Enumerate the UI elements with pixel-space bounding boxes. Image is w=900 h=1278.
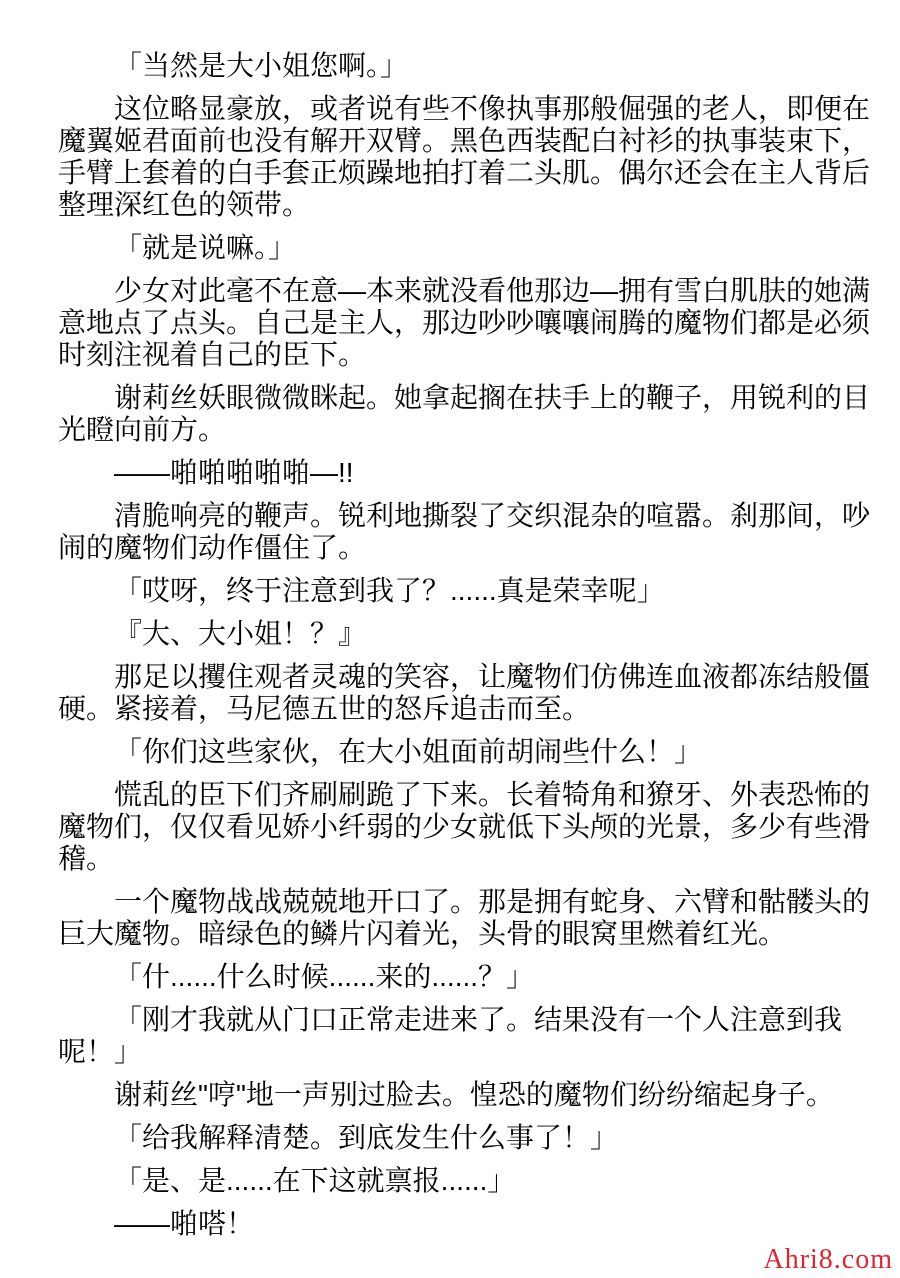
dialogue-line: 「什......什么时候......来的......？」 [58,961,884,993]
sound-effect-line: ——啪啪啪啪啪—!! [58,457,884,489]
narration-paragraph: 慌乱的臣下们齐刷刷跪了下来。长着犄角和獠牙、外表恐怖的魔物们，仅仅看见娇小纤弱的… [58,779,884,875]
novel-page: 「当然是大小姐您啊。」 这位略显豪放，或者说有些不像执事那般倔强的老人，即便在魔… [0,0,900,1278]
dialogue-line: 「你们这些家伙，在大小姐面前胡闹些什么！」 [58,736,884,768]
narration-paragraph: 谢莉丝"哼"地一声别过脸去。惶恐的魔物们纷纷缩起身子。 [58,1079,884,1111]
dialogue-line: 「是、是......在下这就禀报......」 [58,1165,884,1197]
narration-paragraph: 那足以攫住观者灵魂的笑容，让魔物们仿佛连血液都冻结般僵硬。紧接着，马尼德五世的怒… [58,661,884,725]
dialogue-line: 「当然是大小姐您啊。」 [58,50,884,82]
site-watermark: Ahri8.com [763,1246,893,1274]
dialogue-line: 「就是说嘛。」 [58,232,884,264]
narration-paragraph: 这位略显豪放，或者说有些不像执事那般倔强的老人，即便在魔翼姬君面前也没有解开双臂… [58,93,884,221]
dialogue-line: 『大、大小姐！？』 [58,618,884,650]
narration-paragraph: 谢莉丝妖眼微微眯起。她拿起搁在扶手上的鞭子，用锐利的目光瞪向前方。 [58,382,884,446]
narration-paragraph: 清脆响亮的鞭声。锐利地撕裂了交织混杂的喧嚣。刹那间，吵闹的魔物们动作僵住了。 [58,500,884,564]
dialogue-line: 「刚才我就从门口正常走进来了。结果没有一个人注意到我呢！」 [58,1004,884,1068]
narration-paragraph: 一个魔物战战兢兢地开口了。那是拥有蛇身、六臂和骷髅头的巨大魔物。暗绿色的鳞片闪着… [58,886,884,950]
narration-paragraph: 少女对此毫不在意—本来就没看他那边—拥有雪白肌肤的她满意地点了点头。自己是主人，… [58,275,884,371]
dialogue-line: 「给我解释清楚。到底发生什么事了！」 [58,1122,884,1154]
sound-effect-line: ——啪嗒！ [58,1208,884,1240]
text-body: 「当然是大小姐您啊。」 这位略显豪放，或者说有些不像执事那般倔强的老人，即便在魔… [58,0,884,1251]
dialogue-line: 「哎呀，终于注意到我了？......真是荣幸呢」 [58,575,884,607]
